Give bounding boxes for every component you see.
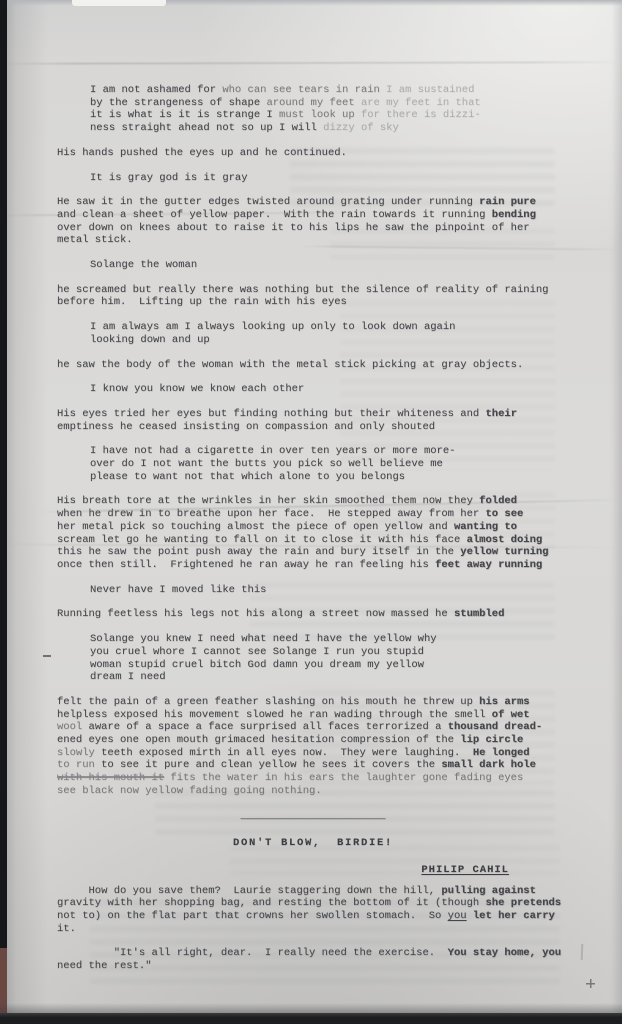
text-segment: metal stick.	[57, 234, 133, 246]
block-p: His eyes tried her eyes but finding noth…	[57, 408, 569, 433]
text-line: "It's all right, dear. I really need the…	[57, 947, 569, 960]
text-line: DON'T BLOW, BIRDIE!	[57, 837, 569, 850]
text-segment: His hands pushed the eyes up and he cont…	[57, 147, 347, 159]
text-segment: lip circle	[460, 734, 523, 746]
block-p: His hands pushed the eyes up and he cont…	[57, 147, 569, 160]
text-segment: who can see tears in rain	[222, 84, 386, 96]
text-segment: I am not ashamed for	[90, 84, 222, 96]
text-segment: Never have I moved like this	[90, 584, 266, 596]
text-line: He saw it in the gutter edges twisted ar…	[57, 196, 569, 209]
text-line: before him. Lifting up the rain with his…	[57, 296, 569, 309]
text-segment: his arms	[479, 696, 529, 708]
text-segment: wanting to	[454, 521, 517, 533]
text-line: ened eyes one open mouth grimaced hesita…	[57, 734, 569, 747]
text-segment: You stay home, you	[448, 947, 561, 959]
block-q: Solange you knew I need what need I have…	[57, 633, 569, 684]
text-line: His breath tore at the wrinkles in her s…	[57, 495, 569, 508]
block-divider: _______________________	[57, 810, 569, 823]
text-segment: gravity with her shopping bag, and resti…	[57, 897, 485, 909]
text-segment: bending	[492, 209, 536, 221]
text-line: Solange you knew I need what need I have…	[90, 633, 569, 646]
text-segment: to see	[485, 508, 523, 520]
text-segment: small dark hole	[441, 759, 536, 771]
text-line: once then still. Frightened he ran away …	[57, 559, 569, 572]
text-line: need the rest."	[57, 960, 569, 973]
text-segment: before him. Lifting up the rain with his…	[57, 296, 347, 308]
block-title: DON'T BLOW, BIRDIE!	[57, 837, 569, 850]
text-line: slowly teeth exposed mirth in all eyes n…	[57, 747, 569, 760]
page-curl-shadow	[0, 1003, 622, 1013]
text-line: her metal pick so touching almost the pi…	[57, 521, 569, 534]
text-line: over down on knees about to raise it to …	[57, 222, 569, 235]
stray-dash-mark	[43, 655, 51, 657]
text-line: see black now yellow fading going nothin…	[57, 785, 569, 798]
text-line: Solange the woman	[90, 259, 569, 272]
block-p: He saw it in the gutter edges twisted ar…	[57, 196, 569, 247]
text-line: felt the pain of a green feather slashin…	[57, 696, 569, 709]
text-line: scream let go he wanting to fall on it t…	[57, 534, 569, 547]
paper-right-edge	[612, 0, 622, 1016]
text-segment: teeth exposed mirth in all eyes now. The…	[101, 747, 473, 759]
block-p: felt the pain of a green feather slashin…	[57, 696, 569, 798]
block-q: Never have I moved like this	[57, 584, 569, 597]
text-segment: fits the water in his ears the laughter …	[164, 772, 523, 784]
text-segment: folded	[479, 495, 517, 507]
text-segment: How do you save them? Laurie staggering …	[57, 885, 441, 897]
text-line: he saw the body of the woman with the me…	[57, 359, 569, 372]
text-segment: for there is dizzi-	[361, 109, 481, 121]
text-line: I am always am I always looking up only …	[90, 321, 569, 334]
text-segment: "It's all right, dear. I really need the…	[57, 947, 448, 959]
paper-top-sliver	[72, 0, 166, 6]
text-segment: and clean a sheet of yellow paper. With …	[57, 209, 492, 221]
text-segment: I am always am I always looking up only …	[90, 321, 455, 333]
text-line: metal stick.	[57, 234, 569, 247]
text-line: ness straight ahead not so up I will diz…	[90, 122, 569, 135]
text-segment: when he drew in to breathe upon her face…	[57, 508, 485, 520]
text-line: I know you know we know each other	[90, 383, 569, 396]
text-segment: over down on knees about to raise it to …	[57, 222, 530, 234]
text-segment: looking down and up	[90, 334, 210, 346]
text-segment: must look up	[279, 109, 361, 121]
block-q: It is gray god is it gray	[57, 172, 569, 185]
text-segment: almost doing	[467, 534, 543, 546]
text-segment: feet away running	[435, 559, 542, 571]
text-line: helpless exposed his movement slowed he …	[57, 709, 569, 722]
scan-left-edge	[0, 0, 7, 1016]
text-segment: stumbled	[454, 608, 504, 620]
block-q: I am always am I always looking up only …	[57, 321, 569, 346]
text-segment: her metal pick so touching almost the pi…	[57, 521, 454, 533]
text-line: it.	[57, 923, 569, 936]
text-line: with his mouth it fits the water in his …	[57, 772, 569, 785]
text-segment: His breath tore at the wrinkles in her s…	[57, 495, 479, 507]
scan-top-edge	[0, 0, 622, 6]
text-line: please to want not that which alone to y…	[90, 471, 569, 484]
text-segment: I am sustained	[386, 84, 474, 96]
text-segment: It is gray god is it gray	[90, 172, 248, 184]
text-segment: he saw the body of the woman with the me…	[57, 359, 523, 371]
text-segment: Solange you knew I need what need I have…	[90, 633, 437, 645]
text-segment: he screamed but really there was nothing…	[57, 284, 548, 296]
block-p: "It's all right, dear. I really need the…	[57, 947, 569, 972]
text-segment: of wet	[492, 709, 530, 721]
text-line: Running feetless his legs not his along …	[57, 608, 569, 621]
block-p: How do you save them? Laurie staggering …	[57, 885, 569, 936]
text-segment: are my feet in that	[361, 97, 481, 109]
text-line: PHILIP CAHIL	[57, 864, 509, 877]
block-q: I have not had a cigarette in over ten y…	[57, 445, 569, 483]
text-segment: pulling against	[441, 885, 536, 897]
text-segment: yellow turning	[460, 546, 548, 558]
text-segment: wool	[57, 721, 89, 733]
text-line: woman stupid cruel bitch God damn you dr…	[90, 659, 569, 672]
text-line: not to) on the flat part that crowns her…	[57, 910, 569, 923]
text-line: His hands pushed the eyes up and he cont…	[57, 147, 569, 160]
text-line: I am not ashamed for who can see tears i…	[90, 84, 569, 97]
text-segment: see black now yellow fading going nothin…	[57, 785, 322, 797]
block-p: Running feetless his legs not his along …	[57, 608, 569, 621]
text-segment: Running feetless his legs not his along …	[57, 608, 454, 620]
text-line: this he saw the point push away the rain…	[57, 546, 569, 559]
text-line: when he drew in to breathe upon her face…	[57, 508, 569, 521]
text-segment: need the rest."	[57, 960, 152, 972]
stray-asterisk-mark	[586, 979, 595, 988]
text-segment: aware of a space a face surprised all fa…	[89, 721, 448, 733]
block-p: His breath tore at the wrinkles in her s…	[57, 495, 569, 571]
fold-crease	[0, 61, 622, 65]
text-segment: helpless exposed his movement slowed he …	[57, 709, 492, 721]
text-segment: you	[448, 910, 467, 922]
text-segment: you cruel whore I cannot see Solange I r…	[90, 646, 424, 658]
text-segment: ness straight ahead not so up I will	[90, 122, 323, 134]
text-segment: to run	[57, 759, 101, 771]
text-segment: it is what is it is strange I	[90, 109, 279, 121]
text-line: you cruel whore I cannot see Solange I r…	[90, 646, 569, 659]
text-segment: I know you know we know each other	[90, 383, 304, 395]
text-segment: by the strangeness of shape	[90, 97, 266, 109]
text-segment: His eyes tried her eyes but finding noth…	[57, 408, 485, 420]
text-line: emptiness he ceased insisting on compass…	[57, 421, 569, 434]
text-line: How do you save them? Laurie staggering …	[57, 885, 569, 898]
text-segment: it.	[57, 923, 76, 935]
text-line: looking down and up	[90, 334, 569, 347]
block-q: Solange the woman	[57, 259, 569, 272]
text-line: to run to see it pure and clean yellow h…	[57, 759, 569, 772]
text-segment: Solange the woman	[90, 259, 197, 271]
text-segment: dream I need	[90, 671, 166, 683]
text-segment: let her carry	[467, 910, 555, 922]
text-line: Never have I moved like this	[90, 584, 569, 597]
block-p: he saw the body of the woman with the me…	[57, 359, 569, 372]
text-segment: please to want not that which alone to y…	[90, 471, 405, 483]
text-segment: she pretends	[485, 897, 561, 909]
text-segment: their	[485, 408, 517, 420]
text-segment: not to) on the flat part that crowns her…	[57, 910, 448, 922]
text-segment: _______________________	[241, 810, 386, 822]
text-line: he screamed but really there was nothing…	[57, 284, 569, 297]
block-q: I am not ashamed for who can see tears i…	[57, 84, 569, 135]
block-byline: PHILIP CAHIL	[57, 864, 569, 877]
text-line: it is what is it is strange I must look …	[90, 109, 569, 122]
text-segment: to see it pure and clean yellow he sees …	[101, 759, 441, 771]
text-segment: He longed	[473, 747, 530, 759]
text-line: His eyes tried her eyes but finding noth…	[57, 408, 569, 421]
scanned-manuscript-page: I am not ashamed for who can see tears i…	[0, 0, 622, 1024]
scan-bottom-edge	[0, 1013, 622, 1024]
text-segment: He saw it in the gutter edges twisted ar…	[57, 196, 479, 208]
text-segment: rain pure	[479, 196, 536, 208]
text-line: gravity with her shopping bag, and resti…	[57, 897, 569, 910]
text-segment: ened eyes one open mouth grimaced hesita…	[57, 734, 460, 746]
text-line: and clean a sheet of yellow paper. With …	[57, 209, 569, 222]
text-segment: woman stupid cruel bitch God damn you dr…	[90, 659, 424, 671]
text-line: by the strangeness of shape around my fe…	[90, 97, 569, 110]
text-segment: over do I not want the butts you pick so…	[90, 458, 443, 470]
text-segment: slowly	[57, 747, 101, 759]
stray-tick-mark	[581, 944, 584, 960]
text-segment: with his mouth it	[57, 772, 164, 784]
text-segment: scream let go he wanting to fall on it t…	[57, 534, 467, 546]
text-segment: around my feet	[266, 97, 361, 109]
text-line: I have not had a cigarette in over ten y…	[90, 445, 569, 458]
text-segment: felt the pain of a green feather slashin…	[57, 696, 479, 708]
text-segment: emptiness he ceased insisting on compass…	[57, 421, 435, 433]
text-line: _______________________	[57, 810, 569, 823]
text-segment: dizzy of sky	[323, 122, 399, 134]
block-p: he screamed but really there was nothing…	[57, 284, 569, 309]
text-segment: once then still. Frightened he ran away …	[57, 559, 435, 571]
text-segment: this he saw the point push away the rain…	[57, 546, 460, 558]
typed-text: I am not ashamed for who can see tears i…	[57, 84, 569, 985]
text-segment: thousand dread-	[448, 721, 543, 733]
text-line: wool aware of a space a face surprised a…	[57, 721, 569, 734]
block-q: I know you know we know each other	[57, 383, 569, 396]
binding-edge	[0, 948, 7, 1016]
text-line: dream I need	[90, 671, 569, 684]
text-segment: I have not had a cigarette in over ten y…	[90, 445, 455, 457]
text-segment: DON'T BLOW, BIRDIE!	[233, 837, 393, 849]
text-line: It is gray god is it gray	[90, 172, 569, 185]
text-segment: PHILIP CAHIL	[421, 864, 509, 876]
text-line: over do I not want the butts you pick so…	[90, 458, 569, 471]
